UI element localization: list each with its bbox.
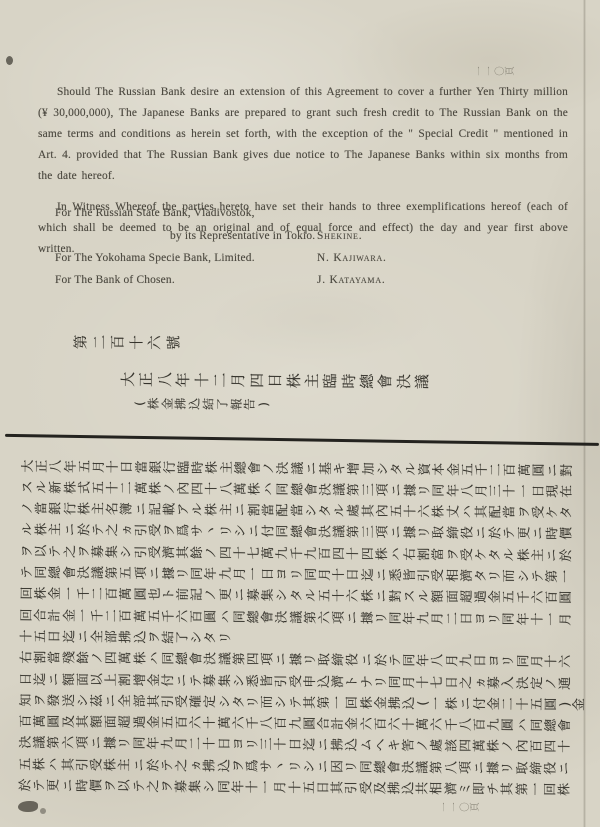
japanese-body-line: 回合計金一千二百萬五千六百圓ハ同總會決議第六項ニ據リ同年九月二日ヨリ同年十一月 [21,606,574,628]
scanned-document-page: 一一〇頁 Should The Russian Bank desire an e… [0,0,600,827]
japanese-body-line: 回株金一千二百萬圓也ト前記ノ更ニ募集シタル五十六株ニ對スル額面超過金五千六百圓 [21,584,574,606]
japanese-body-line: ヲ以テ之ヲ募集シ引受濟其餘ノ四十七萬九千九百四十四株ハ右割當ヲ受ケタル株主ニ於 [21,542,574,564]
japanese-doc-number: 第二百十六號 [73,333,184,351]
japanese-body-line: 十五日迄ニ全部拂込ヲ結了シタリ [20,627,233,647]
section-divider-rule [5,434,599,446]
japanese-body-line: 大正八年五月十日當銀行臨時株主總會ノ決議ニ基キ增加シタル資本金五千二百萬圓ニ對 [22,457,575,479]
japanese-body-line: 日迄ニ額面以上割增金付ニテ募集シ悉皆引受申込濟トナリ同月十七日之ヵ募入決定ノ通 [20,670,573,692]
japanese-body-line: テ同總會決議第五項ニ據リ同年九月一日ヨリ同月十日迄ニ悉皆引受相濟タリ而シテ第一 [21,563,574,585]
japanese-body-line: 決議第六項ニ據リ同年九月二十日ヨリ三十日迄ニ拂込ムヘキ筈ノ處該四萬株ノ內百四十 [20,733,573,755]
japanese-body-line: 右割當殘餘ノ四萬株ハ同總會決議第四項ニ據リ取締役ニ於テ同年八月九日ヨリ同月十六 [20,648,573,670]
japanese-body-line: 五株ハ其引受株主ニ於テ之ヵ拂込ヲ爲サヽリシニ因リ同總會決議第八項ニ據リ取締役ニ [19,755,572,777]
japanese-resolution-page: 第二百十六號 大正八年十二月四日株主臨時總會決議 (株金拂込結了報告) 大正八年… [0,0,600,827]
japanese-body-line: 於テ更ニ時價ヲ以テ之ヲ募集シ同年十一月十五日其引受及拂込共相濟ミ即チ其第一回株 [19,776,572,798]
japanese-body-line: ノ當銀行株主名簿ニ記載アル株主ニ割當配當シタル處其內五十六株丈ハ其配當ヲ受ケタ [21,499,574,521]
japanese-body-line: ル株主ニ於テ之ヵ引受ヲ爲サヽリシニ付同總會決議第三項ニ據リ取締役ニ於テ更ニ時價 [21,520,574,542]
japanese-body-line: 知ヲ發送シ茲ニ全部其引受確定シタリ而シテ其第一回株金拂込(一株ニ付金二十五圓)金 [20,691,588,713]
japanese-body-line: スル新株式五十二萬株ノ內四十八萬株ハ同總會決議第三項ニ據リ同年八月三十一日現在 [22,478,575,500]
japanese-body-line: 百萬圓及其額面超過金五百六十萬六千八百九圓合計金六百六十萬六千八百九圓ハ同總會 [20,712,573,734]
japanese-subtitle: (株金拂込結了報告) [133,396,271,412]
japanese-title: 大正八年十二月四日株主臨時總會決議 [119,371,432,390]
page-number-mark-bottom: 一一〇頁 [441,801,481,813]
